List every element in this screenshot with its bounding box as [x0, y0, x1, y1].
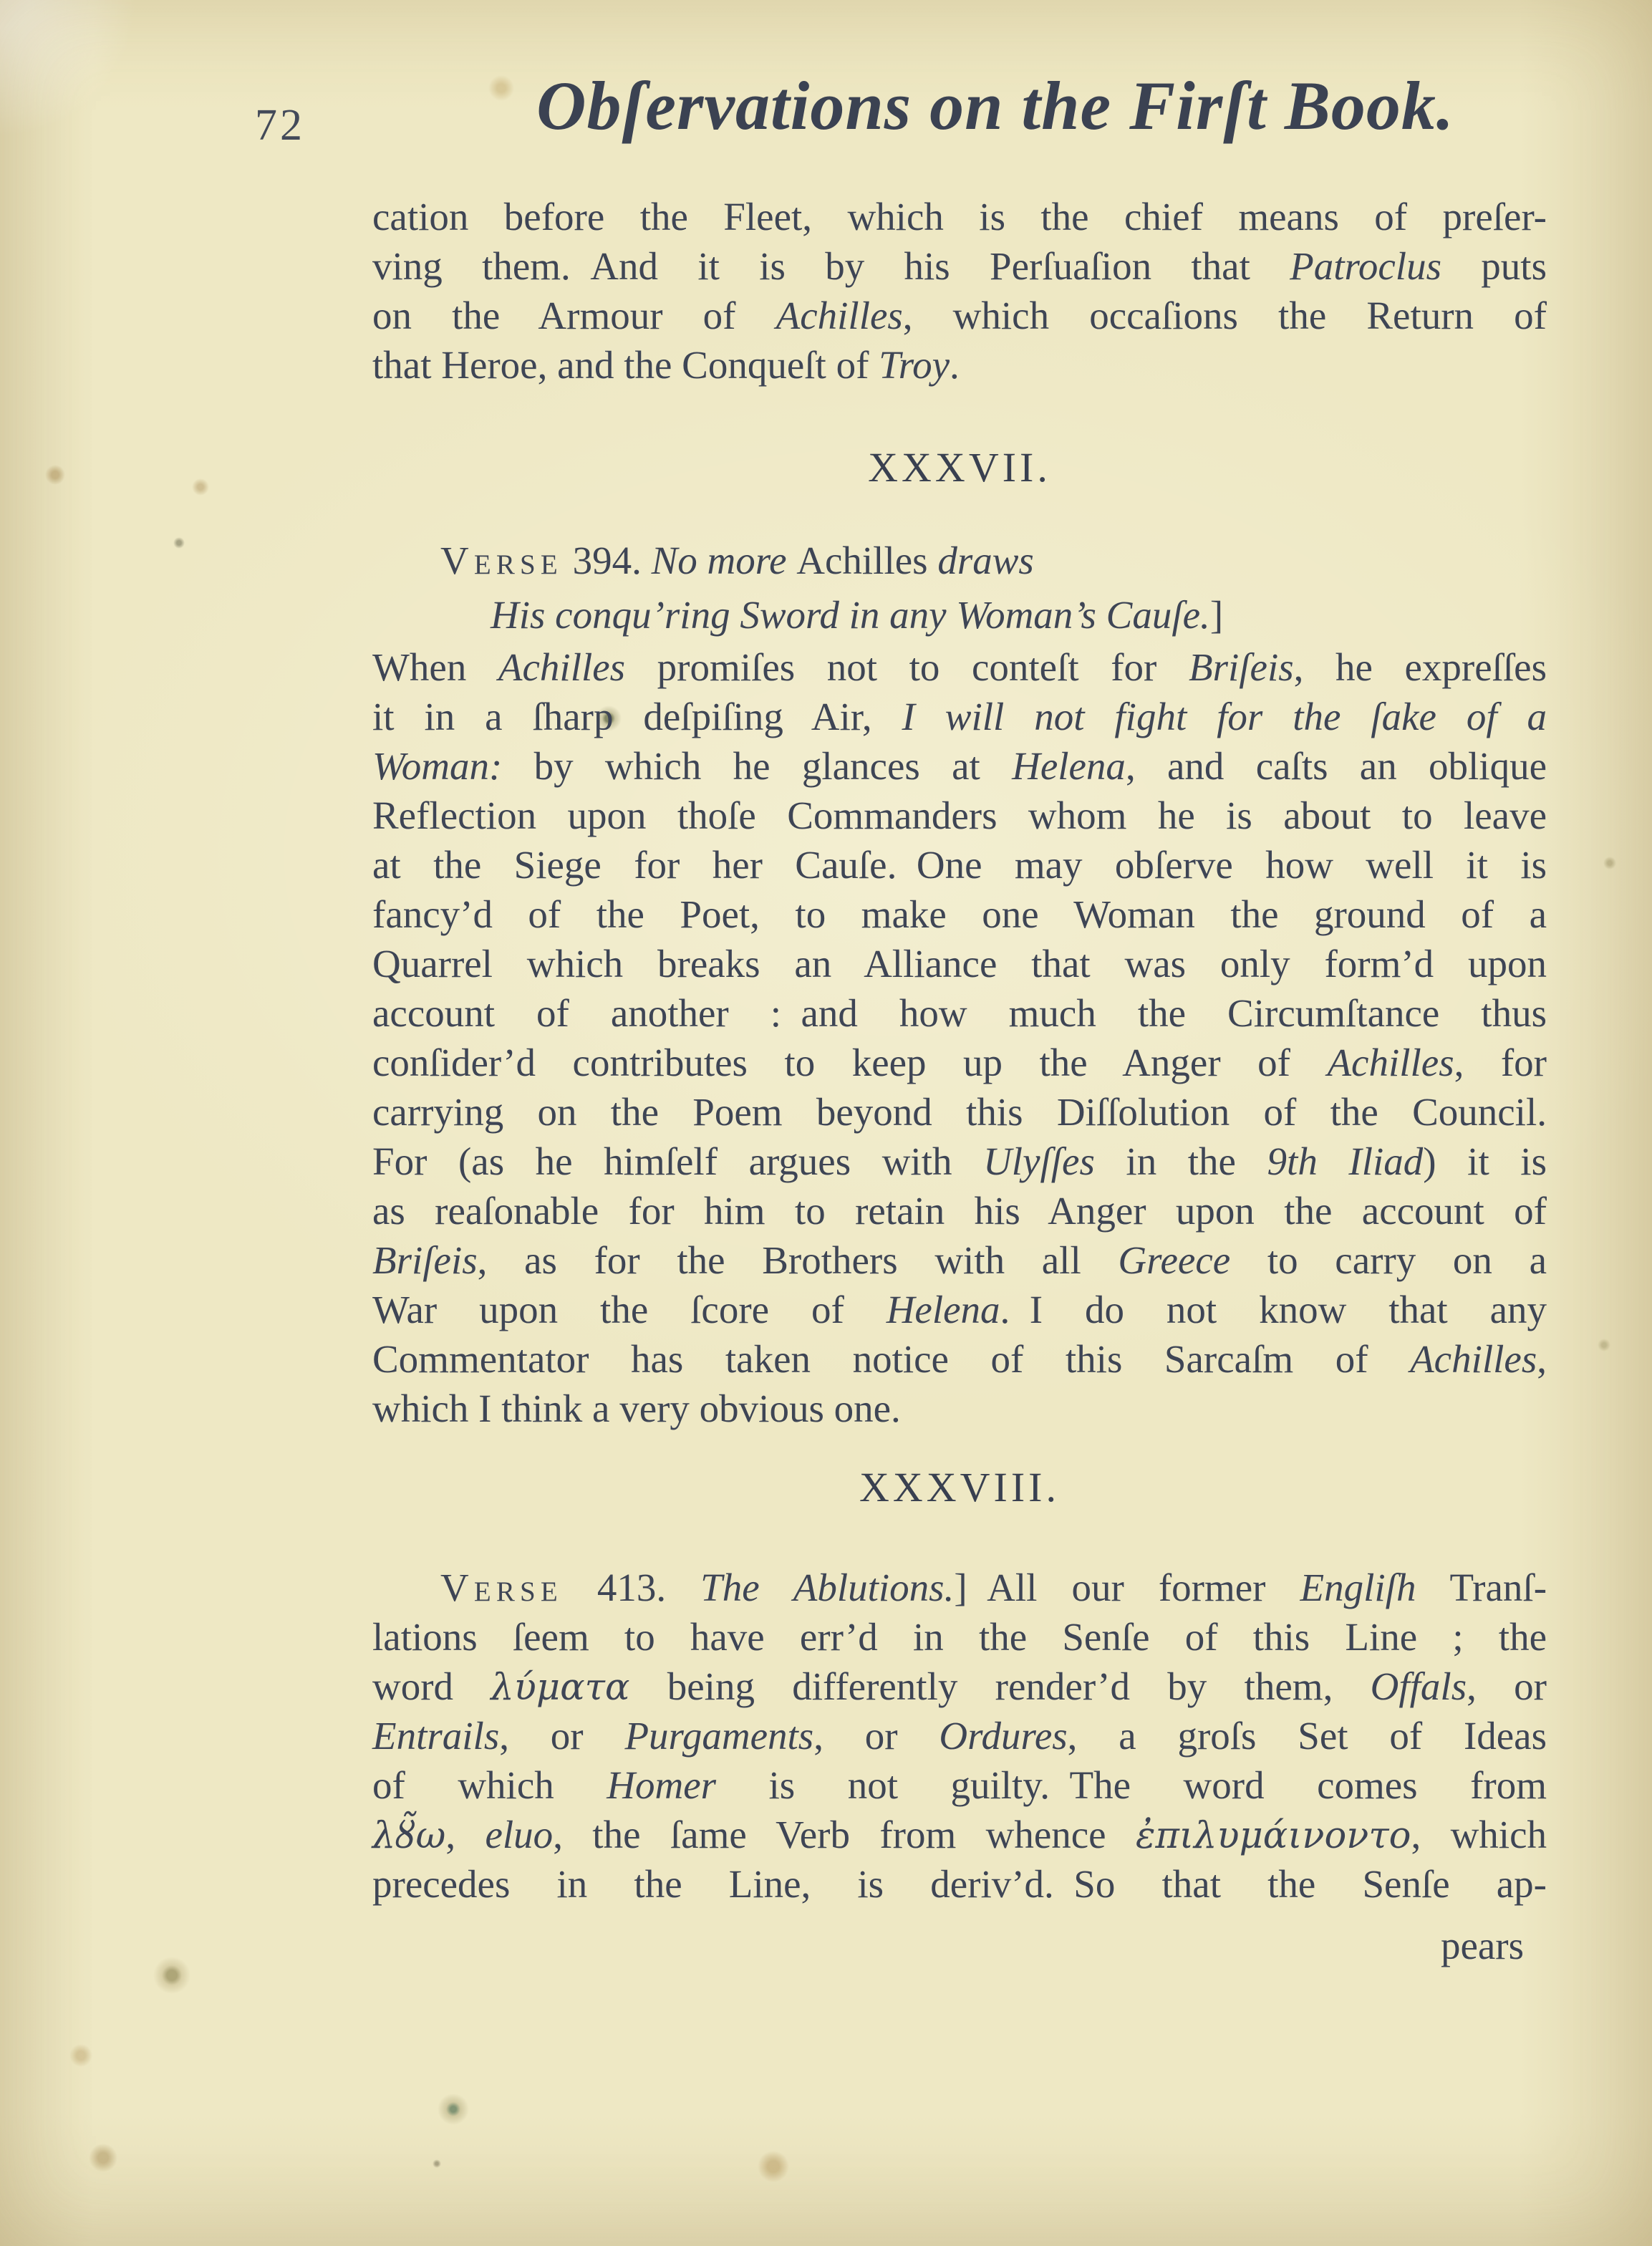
- text-line: of which Homer is not guilty. The word c…: [372, 1760, 1547, 1810]
- section-heading-38: XXXVIII.: [372, 1462, 1547, 1512]
- section-37-commentary: When Achilles promiſes not to conteſt fo…: [372, 642, 1547, 1433]
- text-line: lations ſeem to have err’d in the Senſe …: [372, 1612, 1547, 1662]
- text-line: account of another : and how much the Ci…: [372, 988, 1547, 1038]
- text-line: word λύματα being differently render’d b…: [372, 1662, 1547, 1711]
- page-number: 72: [255, 100, 305, 151]
- text-line: precedes in the Line, is deriv’d. So tha…: [372, 1859, 1547, 1909]
- text-line: For (as he himſelf argues with Ulyſſes i…: [372, 1137, 1547, 1186]
- text-line: fancy’d of the Poet, to make one Woman t…: [372, 890, 1547, 939]
- verse-413-commentary: Verse 413. The Ablutions.] All our forme…: [372, 1563, 1547, 1909]
- running-title: Obſervations on the Firſt Book.: [526, 66, 1464, 145]
- text-line: Woman: by which he glances at Helena, an…: [372, 741, 1547, 791]
- text-line: Briſeis, as for the Brothers with all Gr…: [372, 1235, 1547, 1285]
- text-line: When Achilles promiſes not to conteſt fo…: [372, 642, 1547, 692]
- book-page-scan: 72 Obſervations on the Firſt Book. catio…: [0, 0, 1652, 2246]
- text-line: Quarrel which breaks an Alliance that wa…: [372, 939, 1547, 988]
- text-line: War upon the ſcore of Helena. I do not k…: [372, 1285, 1547, 1334]
- verse-394-quote: Verse 394. No more Achilles drawsHis con…: [372, 534, 1547, 642]
- text-line: Verse 394. No more Achilles draws: [372, 534, 1547, 588]
- text-line: at the Siege for her Cauſe. One may obſe…: [372, 840, 1547, 890]
- text-line: λȣ̃ω, eluo, the ſame Verb from whence ἐπ…: [372, 1810, 1547, 1859]
- catchword-text: pears: [1441, 1924, 1524, 1967]
- text-line: cation before the Fleet, which is the ch…: [372, 192, 1547, 241]
- intro-paragraph: cation before the Fleet, which is the ch…: [372, 192, 1547, 390]
- text-line: that Heroe, and the Conqueſt of Troy.: [372, 340, 1547, 390]
- text-line: conſider’d contributes to keep up the An…: [372, 1038, 1547, 1087]
- text-line: His conqu’ring Sword in any Woman’s Cauſ…: [372, 588, 1547, 642]
- text-line: ving them. And it is by his Perſuaſion t…: [372, 241, 1547, 291]
- text-line: Commentator has taken notice of this Sar…: [372, 1334, 1547, 1384]
- section-heading-37: XXXVII.: [372, 443, 1547, 492]
- text-line: Entrails, or Purgaments, or Ordures, a g…: [372, 1711, 1547, 1760]
- text-line: Verse 413. The Ablutions.] All our forme…: [372, 1563, 1547, 1612]
- text-column: cation before the Fleet, which is the ch…: [372, 192, 1547, 1970]
- text-line: it in a ſharp deſpiſing Air, I will not …: [372, 692, 1547, 741]
- text-line: Reflection upon thoſe Commanders whom he…: [372, 791, 1547, 840]
- text-line: which I think a very obvious one.: [372, 1384, 1547, 1433]
- text-line: carrying on the Poem beyond this Diſſolu…: [372, 1087, 1547, 1137]
- text-line: on the Armour of Achilles, which occaſio…: [372, 291, 1547, 340]
- text-line: as reaſonable for him to retain his Ange…: [372, 1186, 1547, 1235]
- catchword: pears: [372, 1921, 1547, 1970]
